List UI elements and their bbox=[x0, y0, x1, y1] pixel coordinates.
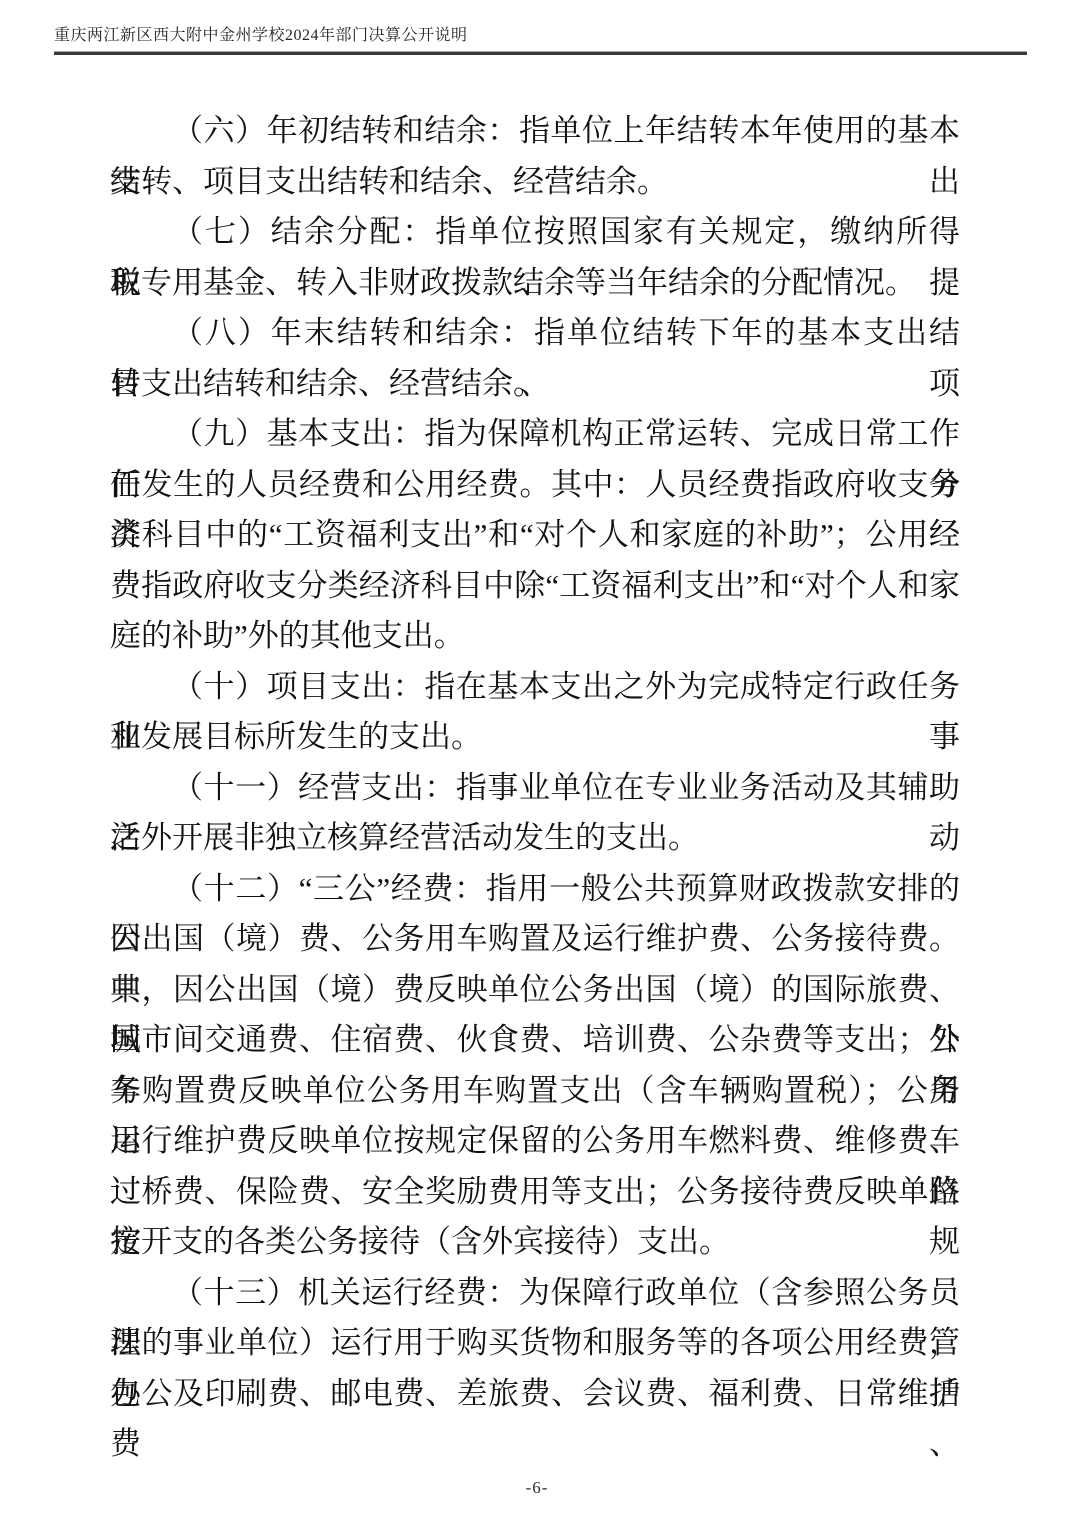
header-title: 重庆两江新区西大附中金州学校2024年部门决算公开说明 bbox=[54, 26, 1027, 46]
text-line: 车购置费反映单位公务用车购置支出（含车辆购置税）；公务用车 bbox=[110, 1066, 960, 1117]
document-body: （六）年初结转和结余：指单位上年结转本年使用的基本支出结转、项目支出结转和结余、… bbox=[110, 106, 960, 1419]
text-line: （六）年初结转和结余：指单位上年结转本年使用的基本支出 bbox=[110, 106, 960, 157]
header-rule bbox=[54, 51, 1027, 55]
paragraph-1: （六）年初结转和结余：指单位上年结转本年使用的基本支出结转、项目支出结转和结余、… bbox=[110, 106, 960, 207]
text-line: 庭的补助”外的其他支出。 bbox=[110, 611, 960, 662]
paragraph-2: （七）结余分配：指单位按照国家有关规定，缴纳所得税、提取专用基金、转入非财政拨款… bbox=[110, 207, 960, 308]
text-line: 公出国（境）费、公务用车购置及运行维护费、公务接待费。其 bbox=[110, 914, 960, 965]
paragraph-5: （十）项目支出：指在基本支出之外为完成特定行政任务和事业发展目标所发生的支出。 bbox=[110, 662, 960, 763]
text-line: 过桥费、保险费、安全奖励费用等支出；公务接待费反映单位按规 bbox=[110, 1167, 960, 1218]
text-line: （十）项目支出：指在基本支出之外为完成特定行政任务和事 bbox=[110, 662, 960, 713]
paragraph-6: （十一）经营支出：指事业单位在专业业务活动及其辅助活动之外开展非独立核算经营活动… bbox=[110, 763, 960, 864]
text-line: 费指政府收支分类经济科目中除“工资福利支出”和“对个人和家 bbox=[110, 561, 960, 612]
paragraph-3: （八）年末结转和结余：指单位结转下年的基本支出结转、项目支出结转和结余、经营结余… bbox=[110, 308, 960, 409]
text-line: （九）基本支出：指为保障机构正常运转、完成日常工作任务 bbox=[110, 409, 960, 460]
paragraph-4: （九）基本支出：指为保障机构正常运转、完成日常工作任务而发生的人员经费和公用经费… bbox=[110, 409, 960, 662]
page-header: 重庆两江新区西大附中金州学校2024年部门决算公开说明 bbox=[54, 26, 1027, 55]
text-line: （十三）机关运行经费：为保障行政单位（含参照公务员法管 bbox=[110, 1268, 960, 1319]
text-line: （十一）经营支出：指事业单位在专业业务活动及其辅助活动 bbox=[110, 763, 960, 814]
paragraph-7: （十二）“三公”经费：指用一般公共预算财政拨款安排的因公出国（境）费、公务用车购… bbox=[110, 864, 960, 1268]
text-line: 而发生的人员经费和公用经费。其中：人员经费指政府收支分类经 bbox=[110, 460, 960, 511]
page-number: -6- bbox=[526, 1478, 549, 1497]
document-page: 重庆两江新区西大附中金州学校2024年部门决算公开说明 （六）年初结转和结余：指… bbox=[0, 0, 1074, 1520]
text-line: （十二）“三公”经费：指用一般公共预算财政拨款安排的因 bbox=[110, 864, 960, 915]
page-footer: -6- bbox=[0, 1478, 1074, 1498]
text-line: （八）年末结转和结余：指单位结转下年的基本支出结转、项 bbox=[110, 308, 960, 359]
text-line: 中，因公出国（境）费反映单位公务出国（境）的国际旅费、国外 bbox=[110, 965, 960, 1016]
text-line: 办公及印刷费、邮电费、差旅费、会议费、福利费、日常维护费、 bbox=[110, 1369, 960, 1420]
text-line: 运行维护费反映单位按规定保留的公务用车燃料费、维修费、过路 bbox=[110, 1116, 960, 1167]
text-line: 济科目中的“工资福利支出”和“对个人和家庭的补助”；公用经 bbox=[110, 510, 960, 561]
paragraph-8: （十三）机关运行经费：为保障行政单位（含参照公务员法管理的事业单位）运行用于购买… bbox=[110, 1268, 960, 1420]
text-line: 取专用基金、转入非财政拨款结余等当年结余的分配情况。 bbox=[110, 258, 960, 309]
text-line: 理的事业单位）运行用于购买货物和服务等的各项公用经费，包括 bbox=[110, 1318, 960, 1369]
text-line: （七）结余分配：指单位按照国家有关规定，缴纳所得税、提 bbox=[110, 207, 960, 258]
text-line: 城市间交通费、住宿费、伙食费、培训费、公杂费等支出；公务用 bbox=[110, 1015, 960, 1066]
